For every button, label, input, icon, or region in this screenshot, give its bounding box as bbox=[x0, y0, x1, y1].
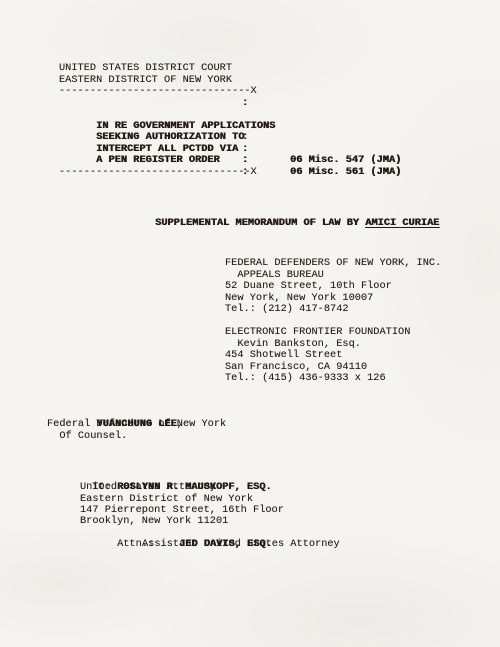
title-amici-curiae: AMICI CURIAE bbox=[365, 217, 439, 229]
court-name: UNITED STATES DISTRICT COURT bbox=[59, 63, 275, 75]
scanned-legal-document-page: UNITED STATES DISTRICT COURT EASTERN DIS… bbox=[0, 0, 500, 647]
case-number: 06 Misc. 561 (JMA) bbox=[290, 167, 401, 179]
document-title: SUPPLEMENTAL MEMORANDUM OF LAW BY AMICI … bbox=[118, 206, 439, 218]
caption-row: IN RE GOVERNMENT APPLICATIONS : bbox=[59, 109, 275, 121]
firm-name: ELECTRONIC FRONTIER FOUNDATION bbox=[225, 327, 441, 339]
caption-row: SEEKING AUTHORIZATION TO : 06 Misc. 547 … bbox=[59, 121, 275, 133]
firm-address-line: 454 Shotwell Street bbox=[225, 350, 441, 362]
caption-separator-row: : bbox=[59, 155, 275, 167]
caption-colon: : bbox=[242, 98, 248, 110]
title-text: SUPPLEMENTAL MEMORANDUM OF LAW BY bbox=[155, 217, 365, 229]
case-number: 06 Misc. 547 (JMA) bbox=[290, 155, 401, 167]
caption-separator-row: : bbox=[59, 98, 275, 110]
firm-name: FEDERAL DEFENDERS OF NEW YORK, INC. bbox=[225, 258, 441, 270]
of-counsel-label: Of Counsel. bbox=[47, 431, 226, 442]
recipient-block: TO:ROSLYNN R. MAUSKOPF, ESQ. United Stat… bbox=[55, 471, 340, 550]
caption-rule-bottom: -------------------------------X bbox=[59, 167, 275, 179]
attn-title: Assistant United States Attorney bbox=[55, 539, 340, 550]
recipient-address-line: Brooklyn, New York 11201 bbox=[55, 516, 340, 527]
caption-colon: : bbox=[242, 155, 248, 167]
caption-row: INTERCEPT ALL PCTDD VIA : 06 Misc. 561 (… bbox=[59, 132, 275, 144]
firm-phone: Tel.: (212) 417-8742 bbox=[225, 304, 441, 316]
recipient-title: United States Attorney bbox=[55, 482, 340, 493]
case-caption: UNITED STATES DISTRICT COURT EASTERN DIS… bbox=[59, 63, 275, 178]
amici-address-blocks: FEDERAL DEFENDERS OF NEW YORK, INC. APPE… bbox=[225, 258, 441, 385]
firm-phone: Tel.: (415) 436-9333 x 126 bbox=[225, 373, 441, 385]
firm-address-line: 52 Duane Street, 10th Floor bbox=[225, 281, 441, 293]
counsel-organization: Federal Defenders of New York bbox=[47, 419, 226, 430]
of-counsel-block: YUANCHUNG LEE, Federal Defenders of New … bbox=[47, 408, 226, 442]
caption-rule-top: -------------------------------X bbox=[59, 86, 275, 98]
